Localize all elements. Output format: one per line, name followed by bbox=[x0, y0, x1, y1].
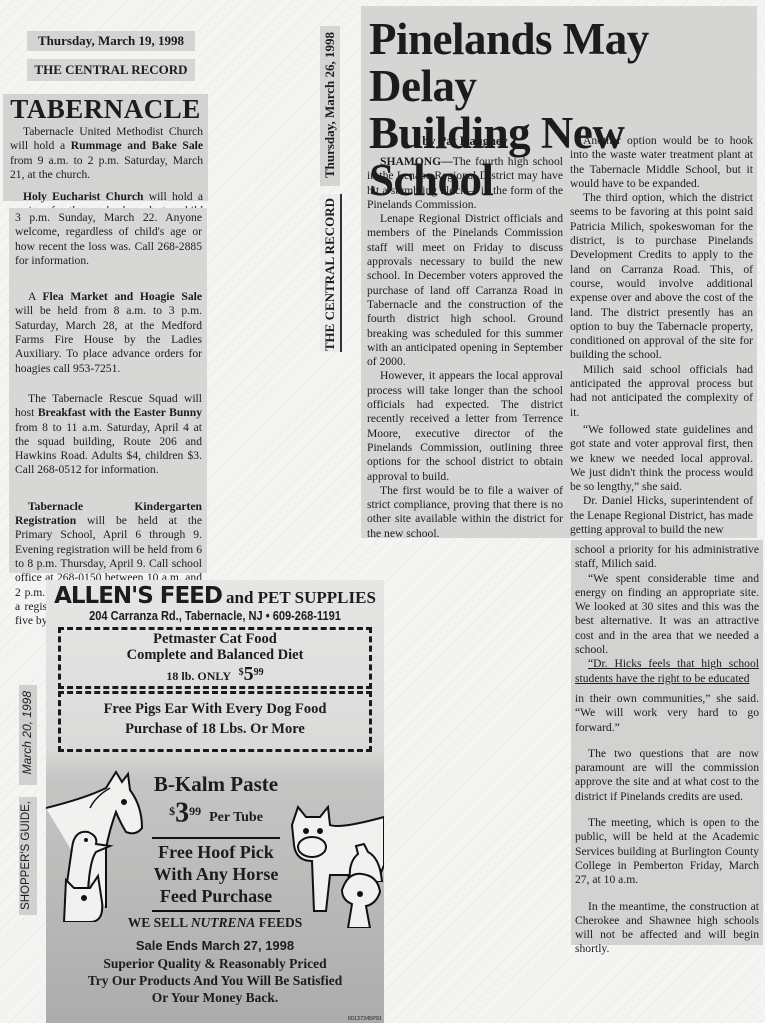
article-para: “Dr. Hicks feels that high school studen… bbox=[575, 657, 759, 686]
tabernacle-item-2-end: 3 p.m. Sunday, March 22. Anyone welcome,… bbox=[15, 211, 202, 268]
article-vertical-paper-clipping: THE CENTRAL RECORD bbox=[320, 194, 342, 352]
byline: by Pat Haughey bbox=[367, 134, 563, 149]
promo-offer-1: Free Hoof Pick bbox=[152, 841, 280, 863]
ad-vertical-source: SHOPPER'S GUIDE, bbox=[20, 801, 32, 910]
date-banner-clipping: Thursday, March 19, 1998 bbox=[27, 31, 195, 51]
article-para: Lenape Regional District officials and m… bbox=[367, 212, 563, 369]
tabernacle-clipping: TABERNACLE Tabernacle United Methodist C… bbox=[3, 94, 208, 201]
store-address: 204 Carranza Rd., Tabernacle, NJ • 609-2… bbox=[71, 608, 358, 623]
dog-food-line-2: Purchase of 18 Lbs. Or More bbox=[61, 719, 369, 739]
article-vertical-date-clipping: Thursday, March 26, 1998 bbox=[320, 26, 340, 186]
dog-food-line-1: Free Pigs Ear With Every Dog Food bbox=[61, 699, 369, 719]
article-para: in their own communities,” she said. “We… bbox=[575, 692, 759, 735]
section-title: TABERNACLE bbox=[3, 95, 208, 123]
article-para: school a priority for his administrative… bbox=[575, 543, 759, 572]
promo-offer-3: Feed Purchase bbox=[152, 885, 280, 907]
article-para: The meeting, which is open to the public… bbox=[575, 816, 759, 887]
article-para: However, it appears the local approval p… bbox=[367, 369, 563, 483]
cat-food-line-1: Petmaster Cat Food bbox=[61, 631, 369, 647]
article-vertical-date: Thursday, March 26, 1998 bbox=[322, 32, 338, 178]
cat-food-price: 18 lb. ONLY $599 bbox=[61, 663, 369, 686]
dog-food-box: Free Pigs Ear With Every Dog Food Purcha… bbox=[58, 691, 372, 752]
sale-ends: Sale Ends March 27, 1998 bbox=[46, 937, 384, 955]
article-para: Another option would be to hook into the… bbox=[570, 134, 753, 191]
date-banner: Thursday, March 19, 1998 bbox=[27, 31, 195, 51]
promo-offer-2: With Any Horse bbox=[152, 863, 280, 885]
article-para: Milich said school officials had anticip… bbox=[570, 363, 753, 420]
tabernacle-item-1: Tabernacle United Methodist Church will … bbox=[10, 125, 203, 182]
article-para: Dr. Daniel Hicks, superintendent of the … bbox=[570, 494, 753, 537]
article-para: The first would be to file a waiver of s… bbox=[367, 484, 563, 541]
tabernacle-clipping-lower: 3 p.m. Sunday, March 22. Anyone welcome,… bbox=[9, 208, 207, 573]
allens-feed-ad: ALLEN'S FEED and PET SUPPLIES 204 Carran… bbox=[46, 580, 384, 1023]
tagline-2: Try Our Products And You Will Be Satisfi… bbox=[46, 972, 384, 989]
article-para: “We followed state guidelines and got st… bbox=[570, 423, 753, 494]
cat-food-box: Petmaster Cat Food Complete and Balanced… bbox=[58, 627, 372, 689]
ad-vertical-date-clipping: March 20, 1998 bbox=[19, 685, 37, 785]
we-sell-line: WE SELL NUTRENA FEEDS bbox=[46, 914, 384, 931]
article-para: “We spent considerable time and energy o… bbox=[575, 572, 759, 658]
article-para: The two questions that are now paramount… bbox=[575, 747, 759, 804]
headline-line-1: Pinelands May Delay bbox=[369, 16, 757, 110]
cat-illustration-icon bbox=[50, 862, 120, 922]
paper-name-clipping: THE CENTRAL RECORD bbox=[27, 59, 195, 81]
article-para: The third option, which the district see… bbox=[570, 191, 753, 363]
ad-code: 00137345P91 bbox=[348, 1016, 382, 1022]
tabernacle-item-4: The Tabernacle Rescue Squad will host Br… bbox=[15, 392, 202, 478]
store-suffix: and PET SUPPLIES bbox=[226, 588, 376, 607]
ad-vertical-date: March 20, 1998 bbox=[20, 691, 34, 774]
article-para: In the meantime, the construction at Che… bbox=[575, 900, 759, 957]
promo-price: $399 Per Tube bbox=[146, 796, 286, 833]
tabernacle-item-3: A Flea Market and Hoagie Sale will be he… bbox=[15, 290, 202, 376]
ad-vertical-source-clipping: SHOPPER'S GUIDE, bbox=[19, 797, 37, 915]
store-name: ALLEN'S FEED bbox=[54, 583, 222, 609]
bkalm-promo: B-Kalm Paste $399 Per Tube Free Hoof Pic… bbox=[146, 772, 286, 912]
paper-name: THE CENTRAL RECORD bbox=[27, 59, 195, 81]
promo-product: B-Kalm Paste bbox=[146, 772, 286, 796]
tagline-1: Superior Quality & Reasonably Priced bbox=[46, 955, 384, 972]
cat-food-line-2: Complete and Balanced Diet bbox=[61, 647, 369, 663]
article-continued-clipping: school a priority for his administrative… bbox=[571, 540, 763, 945]
article-clipping: Pinelands May Delay Building New School … bbox=[361, 6, 757, 538]
article-vertical-paper: THE CENTRAL RECORD bbox=[322, 198, 338, 351]
article-para: SHAMONG—The fourth high school in the Le… bbox=[367, 155, 563, 212]
tagline-3: Or Your Money Back. bbox=[46, 989, 384, 1006]
